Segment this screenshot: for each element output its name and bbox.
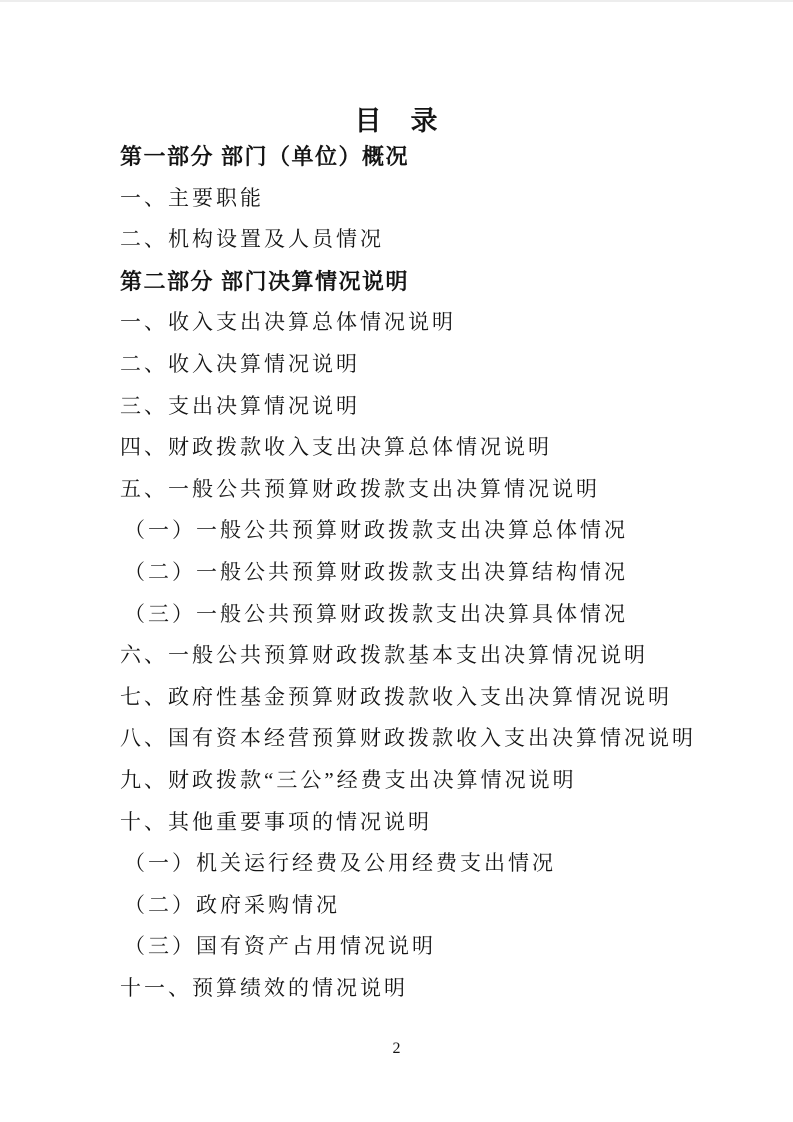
toc-subitem: （三）国有资产占用情况说明 [124, 926, 720, 968]
toc-subitem: （三）一般公共预算财政拨款支出决算具体情况 [124, 594, 720, 636]
toc-subitem: （一）一般公共预算财政拨款支出决算总体情况 [124, 510, 720, 552]
toc-item: 十、其他重要事项的情况说明 [120, 802, 720, 844]
toc-item: 四、财政拨款收入支出决算总体情况说明 [120, 427, 720, 469]
toc-item: 一、收入支出决算总体情况说明 [120, 302, 720, 344]
page-number: 2 [0, 1040, 793, 1058]
toc-item: 三、支出决算情况说明 [120, 386, 720, 428]
toc-part-heading: 第一部分 部门（单位）概况 [120, 136, 720, 178]
toc-item: 七、政府性基金预算财政拨款收入支出决算情况说明 [120, 677, 720, 719]
toc-subitem: （二）一般公共预算财政拨款支出决算结构情况 [124, 552, 720, 594]
toc-item: 二、收入决算情况说明 [120, 344, 720, 386]
toc-item: 十一、预算绩效的情况说明 [120, 968, 720, 1010]
toc-item: 二、机构设置及人员情况 [120, 219, 720, 261]
toc-item: 五、一般公共预算财政拨款支出决算情况说明 [120, 469, 720, 511]
toc-item: 九、财政拨款“三公”经费支出决算情况说明 [120, 760, 720, 802]
toc-subitem: （二）政府采购情况 [124, 885, 720, 927]
page-title: 目 录 [0, 99, 793, 138]
toc-item: 六、一般公共预算财政拨款基本支出决算情况说明 [120, 635, 720, 677]
toc-item: 八、国有资本经营预算财政拨款收入支出决算情况说明 [120, 718, 720, 760]
table-of-contents: 第一部分 部门（单位）概况 一、主要职能 二、机构设置及人员情况 第二部分 部门… [120, 136, 720, 1009]
toc-item: 一、主要职能 [120, 178, 720, 220]
toc-part-heading: 第二部分 部门决算情况说明 [120, 261, 720, 303]
toc-subitem: （一）机关运行经费及公用经费支出情况 [124, 843, 720, 885]
document-page: 目 录 第一部分 部门（单位）概况 一、主要职能 二、机构设置及人员情况 第二部… [0, 0, 793, 1122]
